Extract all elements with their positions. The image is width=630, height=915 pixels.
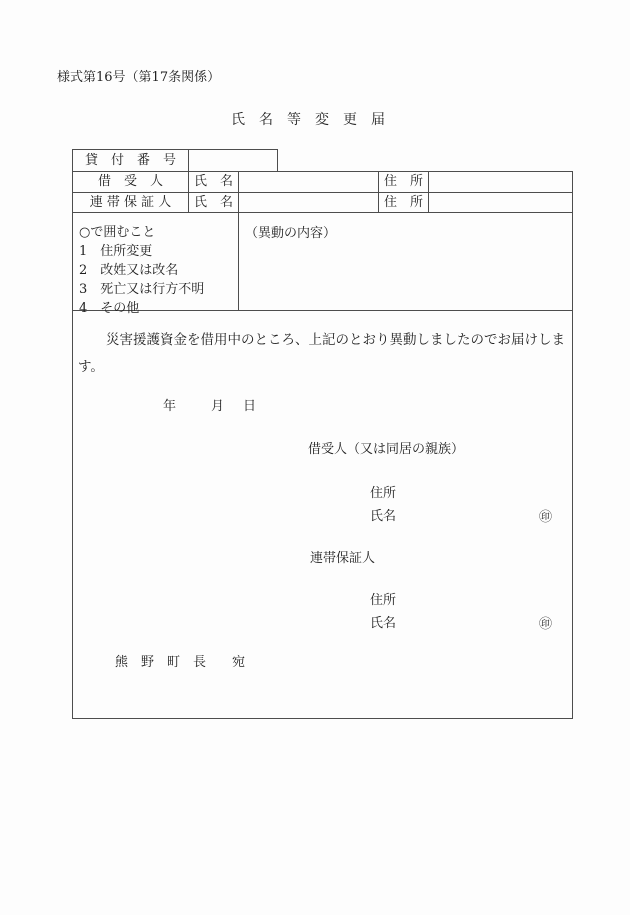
document-page: 様式第16号（第17条関係） 氏 名 等 変 更 届 貸 付 番 号 借 受 人…: [0, 0, 630, 915]
guarantor-sign-address-label: 住所: [370, 589, 396, 608]
guarantor-address-field[interactable]: [429, 193, 572, 212]
circle-option-name-change: 2 改姓又は改名: [79, 261, 238, 280]
borrower-address-field[interactable]: [429, 172, 572, 192]
change-details-label: （異動の内容）: [245, 226, 336, 241]
date-year-label: 年: [163, 395, 176, 414]
main-form-table: 借 受 人 氏 名 住 所 連 帯 保 証 人 氏 名 住 所 ○で囲むこと 1…: [72, 171, 573, 719]
document-title: 氏 名 等 変 更 届: [231, 109, 385, 129]
loan-number-field[interactable]: [189, 150, 277, 171]
borrower-sign-name-label: 氏名: [370, 505, 396, 524]
circle-instruction-cell: ○で囲むこと 1 住所変更 2 改姓又は改名 3 死亡又は行方不明 4 その他: [73, 213, 239, 310]
borrower-address-label: 住 所: [379, 172, 429, 192]
borrower-name-label: 氏 名: [189, 172, 239, 192]
guarantor-name-field[interactable]: [239, 193, 379, 212]
circle-instruction-heading: ○で囲むこと: [79, 223, 238, 242]
loan-number-box: 貸 付 番 号: [72, 149, 278, 171]
guarantor-role-label: 連 帯 保 証 人: [73, 193, 189, 212]
change-details-cell[interactable]: （異動の内容）: [239, 213, 572, 310]
guarantor-row: 連 帯 保 証 人 氏 名 住 所: [73, 193, 572, 213]
form-code-text: 様式第16号（第17条関係）: [57, 66, 220, 85]
guarantor-address-label: 住 所: [379, 193, 429, 212]
borrower-section-label: 借受人（又は同居の親族）: [308, 438, 464, 457]
guarantor-section-label: 連帯保証人: [310, 547, 375, 566]
guarantor-name-label: 氏 名: [189, 193, 239, 212]
change-type-row: ○で囲むこと 1 住所変更 2 改姓又は改名 3 死亡又は行方不明 4 その他 …: [73, 213, 572, 311]
borrower-role-label: 借 受 人: [73, 172, 189, 192]
addressee-text: 熊 野 町 長 宛: [115, 651, 245, 670]
guarantor-sign-name-label: 氏名: [370, 612, 396, 631]
date-month-label: 月: [211, 395, 224, 414]
borrower-name-field[interactable]: [239, 172, 379, 192]
declaration-cell: 災害援護資金を借用中のところ、上記のとおり異動しましたのでお届けします。 年 月…: [73, 311, 572, 718]
borrower-sign-address-label: 住所: [370, 482, 396, 501]
circle-option-address-change: 1 住所変更: [79, 242, 238, 261]
statement-text: 災害援護資金を借用中のところ、上記のとおり異動しましたのでお届けします。: [78, 327, 570, 381]
circle-option-death-or-missing: 3 死亡又は行方不明: [79, 280, 238, 299]
date-day-label: 日: [243, 395, 256, 414]
borrower-row: 借 受 人 氏 名 住 所: [73, 172, 572, 193]
borrower-seal-icon: ㊞: [539, 506, 552, 525]
guarantor-seal-icon: ㊞: [539, 613, 552, 632]
loan-number-label: 貸 付 番 号: [73, 150, 189, 171]
